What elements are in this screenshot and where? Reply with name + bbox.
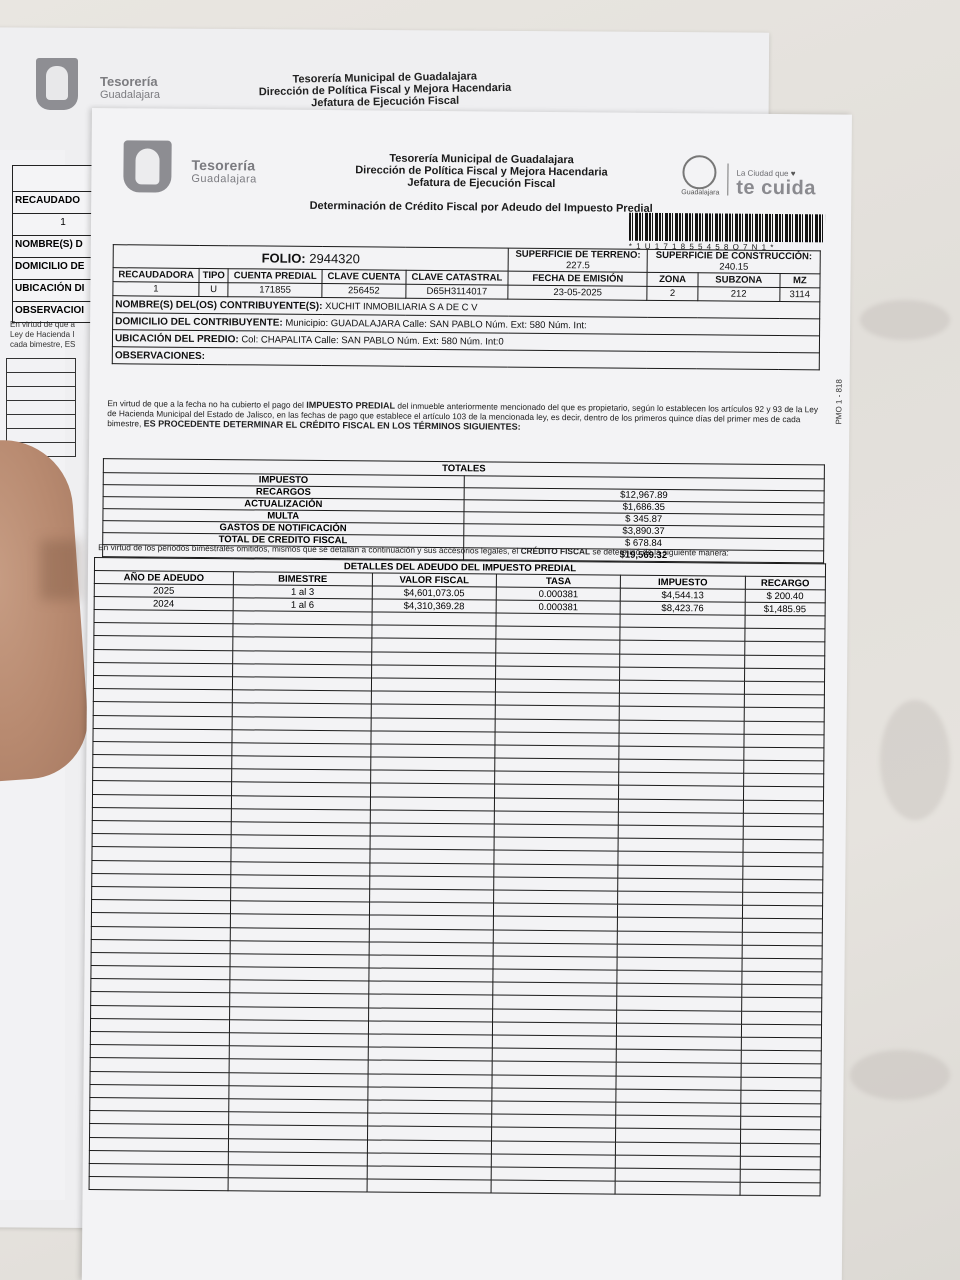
details-cell: 1 al 6 (233, 598, 372, 612)
back-brand: Tesorería Guadalajara (100, 74, 160, 101)
folio: FOLIO: 2944320 (113, 245, 508, 271)
back-paragraph-fragment: En virtud de que a Ley de Hacienda I cad… (10, 320, 80, 350)
details-cell: 0.000381 (496, 600, 620, 614)
city-seal-icon: Guadalajara (681, 155, 717, 199)
details-cell: 1 al 3 (233, 585, 372, 599)
hand-shadow (40, 540, 80, 600)
details-cell: $ 200.40 (745, 589, 826, 603)
divider (727, 164, 728, 196)
org-header: Tesorería Municipal de Guadalajara Direc… (311, 152, 651, 191)
tesoreria-logo-icon (123, 140, 171, 192)
details-cell: 2025 (94, 584, 233, 598)
superficie-construccion: SUPERFICIE DE CONSTRUCCIÓN: 240.15 (647, 249, 820, 274)
brand: Tesorería Guadalajara (191, 157, 257, 186)
taxpayer-form: FOLIO: 2944320 SUPERFICIE DE TERRENO: 22… (112, 244, 821, 370)
details-cell: 0.000381 (496, 587, 620, 601)
slogan: La Ciudad que ♥ te cuida (736, 169, 816, 199)
legal-paragraph: En virtud de que a la fecha no ha cubier… (107, 398, 827, 434)
superficie-terreno: SUPERFICIE DE TERRENO: 227.5 (508, 248, 647, 272)
details-cell: $4,544.13 (620, 588, 744, 602)
back-header: Tesorería Municipal de Guadalajara Direc… (255, 70, 516, 111)
details-cell: $8,423.76 (620, 601, 744, 615)
marble-texture (880, 700, 950, 820)
marble-texture (850, 1050, 950, 1100)
details-cell: $4,601,073.05 (372, 586, 496, 600)
barcode (629, 213, 825, 243)
details-cell: 2024 (94, 597, 233, 611)
marble-texture (860, 300, 950, 340)
details-cell: $4,310,369.28 (372, 599, 496, 613)
document-sheet: Tesorería Guadalajara Tesorería Municipa… (82, 108, 852, 1280)
details-cell: $1,485.95 (745, 602, 826, 616)
details-table: DETALLES DEL ADEUDO DEL IMPUESTO PREDIAL… (89, 557, 826, 1197)
tesoreria-logo-icon (36, 58, 78, 110)
side-code: PMO 1 - 818 (834, 379, 843, 424)
